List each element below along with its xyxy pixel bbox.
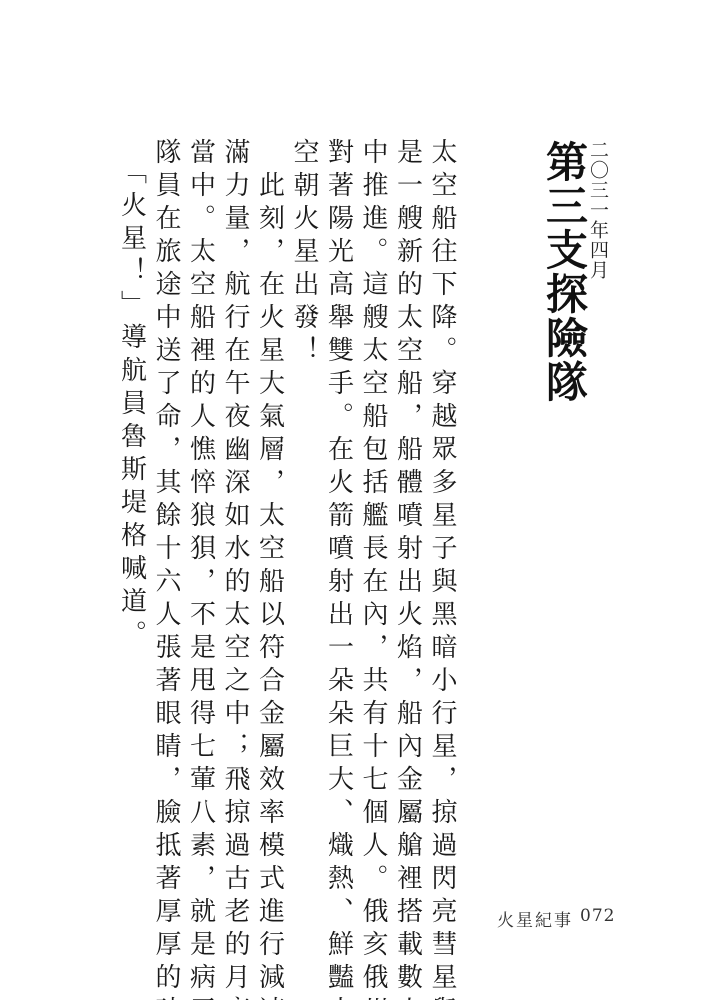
page-number: 072 <box>580 906 615 926</box>
text-column: 隊員在旅途中送了命，其餘十六人張著眼睛，臉抵著厚厚的玻璃窗，看著火星升起。 <box>149 138 184 818</box>
running-footer-title: 火星紀事 <box>497 906 573 931</box>
text-column: 對著陽光高舉雙手。在火箭噴射出一朵朵巨大、熾熱、鮮豔火花時，第三支探險隊升 <box>321 138 356 818</box>
book-page: 二〇三一年四月 第三支探險隊 太空船往下降。穿越眾多星子與黑暗小行星，掠過閃亮彗… <box>0 0 711 1000</box>
text-column: 是一艘新的太空船，船體噴射出火焰，船內金屬艙裡搭載數人，在安靜、火熱、溫暖 <box>390 138 425 818</box>
text-column: 「火星！」導航員魯斯堤格喊道。 <box>114 138 149 818</box>
chapter-title: 第三支探險隊 <box>540 140 588 404</box>
body-text: 太空船往下降。穿越眾多星子與黑暗小行星，掠過閃亮彗星與幽靜深邃太空。這 是一艘新… <box>114 138 459 818</box>
text-column: 此刻，在火星大氣層，太空船以符合金屬效率模式進行減速。她是如此美麗又充 <box>252 138 287 818</box>
text-column: 當中。太空船裡的人憔悴狼狽，不是甩得七葷八素，就是病了又病，反反覆覆。一名 <box>183 138 218 818</box>
text-column: 空朝火星出發！ <box>287 138 322 818</box>
text-column: 滿力量，航行在午夜幽深如水的太空之中；飛掠過古老的月亮，投入重重相連的虛空 <box>218 138 253 818</box>
text-column: 中推進。這艘太空船包括艦長在內，共有十七個人。俄亥俄州發射場的群眾叫喊著， <box>356 138 391 818</box>
text-column: 太空船往下降。穿越眾多星子與黑暗小行星，掠過閃亮彗星與幽靜深邃太空。這 <box>425 138 460 818</box>
